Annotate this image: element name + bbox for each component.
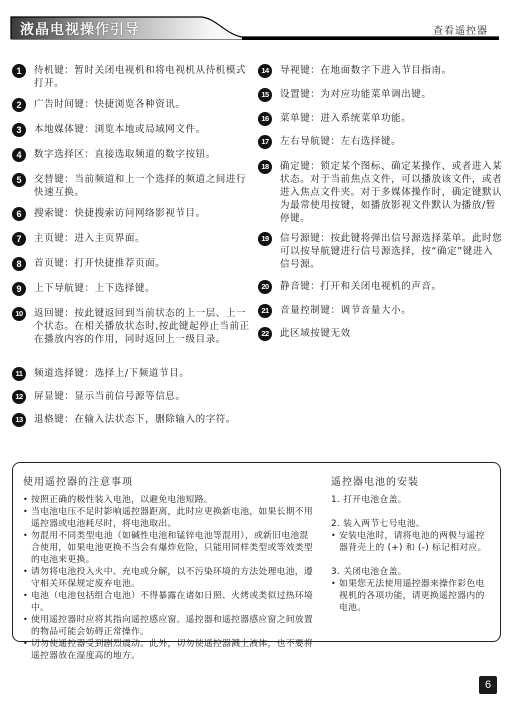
precaution-item: 切勿使遥控器受到剧烈震动。此外，切勿使遥控器溅上液体，也不要将遥控器放在湿度高的… <box>23 638 313 662</box>
battery-step-3-note: 如果您无法使用遥控器来操作彩色电视机的各项功能，请更换遥控器内的电池。 <box>331 578 491 614</box>
key-description: 搜索键：快捷搜索访问网络影视节目。 <box>34 207 206 220</box>
page-header: 液晶电视操作引导 查看遥控器 <box>10 14 500 40</box>
precautions-section: 使用遥控器的注意事项 按照正确的极性装入电池，以避免电池短路。 当电池电压不足时… <box>23 473 313 662</box>
battery-step-2-note: 安装电池时，请将电池的两极与遥控器背壳上的 (+) 和 (-) 标记相对应。 <box>331 530 491 554</box>
key-item: 19 信号源键：按此键将弹出信号源选择菜单。此时您可以按导航键进行信号源选择，按… <box>258 232 503 271</box>
remote-notes-box: 使用遥控器的注意事项 按照正确的极性装入电池，以避免电池短路。 当电池电压不足时… <box>12 462 501 642</box>
number-badge-icon: 17 <box>258 135 272 149</box>
key-description: 此区域按键无效 <box>280 327 351 340</box>
precaution-item: 勿混用不同类型电池（如碱性电池和锰锌电池等混用），或新旧电池混合使用，如果电池更… <box>23 530 313 566</box>
precaution-item: 电池（电池包括组合电池）不得暴露在诸如日照、火烤或类似过热环境中。 <box>23 590 313 614</box>
key-item: 8 首页键：打开快捷推荐页面。 <box>12 257 165 271</box>
key-description: 广告时间键：快捷浏览各种资讯。 <box>34 98 186 111</box>
key-description: 数字选择区：直接选取频道的数字按钮。 <box>34 148 216 161</box>
number-badge-icon: 16 <box>258 112 272 126</box>
key-description: 交替键：当前频道和上一个选择的频道之间进行快速互换。 <box>34 173 252 199</box>
number-badge-icon: 3 <box>12 123 26 137</box>
number-badge-icon: 18 <box>258 160 272 174</box>
key-item: 7 主页键：进入主页界面。 <box>12 232 145 246</box>
number-badge-icon: 2 <box>12 98 26 112</box>
key-item: 4 数字选择区：直接选取频道的数字按钮。 <box>12 148 216 162</box>
key-item: 12 屏显键：显示当前信号源等信息。 <box>12 390 186 404</box>
key-item: 1 待机键：暂时关闭电视机和将电视机从待机模式打开。 <box>12 64 252 90</box>
key-description: 左右导航键：左右选择键。 <box>280 135 401 148</box>
battery-title: 遥控器电池的安装 <box>331 473 491 488</box>
number-badge-icon: 1 <box>12 64 26 78</box>
number-badge-icon: 9 <box>12 282 26 296</box>
number-badge-icon: 20 <box>258 280 272 294</box>
number-badge-icon: 12 <box>12 390 26 404</box>
key-item: 2 广告时间键：快捷浏览各种资讯。 <box>12 98 186 112</box>
number-badge-icon: 11 <box>12 367 26 381</box>
battery-step-3: 3. 关闭电池仓盖。 <box>331 566 491 578</box>
key-description: 确定键：锁定某个图标、确定某操作、或者进入某状态。对于当前焦点文件，可以播放该文… <box>280 160 503 225</box>
key-description: 频道选择键：选择上/下频道节目。 <box>34 367 189 380</box>
key-item: 3 本地媒体键：浏览本地或局域网文件。 <box>12 123 206 137</box>
key-description: 退格键：在输入法状态下，删除输入的字符。 <box>34 413 236 426</box>
key-item: 17 左右导航键：左右选择键。 <box>258 135 401 149</box>
key-item: 5 交替键：当前频道和上一个选择的频道之间进行快速互换。 <box>12 173 252 199</box>
precautions-title: 使用遥控器的注意事项 <box>23 473 313 488</box>
key-item: 20 静音键：打开和关闭电视机的声音。 <box>258 280 442 294</box>
key-item: 11 频道选择键：选择上/下频道节目。 <box>12 367 189 381</box>
key-item: 10 返回键：按此键返回到当前状态的上一层、上一个状态。在相关播放状态时,按此键… <box>12 307 252 346</box>
battery-step-1: 1. 打开电池仓盖。 <box>331 494 491 506</box>
key-description: 本地媒体键：浏览本地或局域网文件。 <box>34 123 206 136</box>
precaution-item: 按照正确的极性装入电池，以避免电池短路。 <box>23 494 313 506</box>
number-badge-icon: 14 <box>258 64 272 78</box>
precaution-item: 当电池电压不足时影响遥控器距离，此时应更换新电池，如果长期不用遥控器或电池耗尽时… <box>23 506 313 530</box>
number-badge-icon: 8 <box>12 257 26 271</box>
key-item: 9 上下导航键：上下选择键。 <box>12 282 155 296</box>
key-description: 静音键：打开和关闭电视机的声音。 <box>280 280 442 293</box>
section-title: 查看遥控器 <box>433 22 488 37</box>
page-number: 6 <box>479 676 497 694</box>
key-item: 14 导视键：在地面数字下进入节目指南。 <box>258 64 452 78</box>
number-badge-icon: 21 <box>258 304 272 318</box>
key-description: 主页键：进入主页界面。 <box>34 232 145 245</box>
number-badge-icon: 4 <box>12 148 26 162</box>
key-description: 菜单键：进入系统菜单功能。 <box>280 112 411 125</box>
number-badge-icon: 15 <box>258 88 272 102</box>
battery-step-2: 2. 装入两节七号电池。 <box>331 518 491 530</box>
document-title: 液晶电视操作引导 <box>20 19 140 39</box>
battery-install-section: 遥控器电池的安装 1. 打开电池仓盖。 2. 装入两节七号电池。 安装电池时，请… <box>331 473 491 614</box>
number-badge-icon: 10 <box>12 307 26 321</box>
number-badge-icon: 5 <box>12 173 26 187</box>
key-item: 16 菜单键：进入系统菜单功能。 <box>258 112 411 126</box>
key-item: 13 退格键：在输入法状态下，删除输入的字符。 <box>12 413 236 427</box>
key-item: 15 设置键：为对应功能菜单调出键。 <box>258 88 432 102</box>
key-item: 6 搜索键：快捷搜索访问网络影视节目。 <box>12 207 206 221</box>
precaution-item: 使用遥控器时应将其指向遥控感应窗。遥控器和遥控器感应窗之间放置的物品可能会妨碍正… <box>23 614 313 638</box>
number-badge-icon: 6 <box>12 207 26 221</box>
key-description: 待机键：暂时关闭电视机和将电视机从待机模式打开。 <box>34 64 252 90</box>
key-description: 设置键：为对应功能菜单调出键。 <box>280 88 432 101</box>
key-description: 返回键：按此键返回到当前状态的上一层、上一个状态。在相关播放状态时,按此键起停止… <box>34 307 252 346</box>
key-description: 首页键：打开快捷推荐页面。 <box>34 257 165 270</box>
key-description: 信号源键：按此键将弹出信号源选择菜单。此时您可以按导航键进行信号源选择，按“确定… <box>280 232 503 271</box>
key-item: 22 此区域按键无效 <box>258 327 351 341</box>
number-badge-icon: 22 <box>258 327 272 341</box>
number-badge-icon: 19 <box>258 232 272 246</box>
key-description: 导视键：在地面数字下进入节目指南。 <box>280 64 452 77</box>
number-badge-icon: 13 <box>12 413 26 427</box>
key-item: 18 确定键：锁定某个图标、确定某操作、或者进入某状态。对于当前焦点文件，可以播… <box>258 160 503 225</box>
key-description: 音量控制键：调节音量大小。 <box>280 304 411 317</box>
key-item: 21 音量控制键：调节音量大小。 <box>258 304 411 318</box>
number-badge-icon: 7 <box>12 232 26 246</box>
precaution-item: 请勿将电池投入火中、充电或分解，以不污染环境的方法处理电池，遵守相关环保规定废弃… <box>23 566 313 590</box>
key-description: 屏显键：显示当前信号源等信息。 <box>34 390 186 403</box>
key-description: 上下导航键：上下选择键。 <box>34 282 155 295</box>
